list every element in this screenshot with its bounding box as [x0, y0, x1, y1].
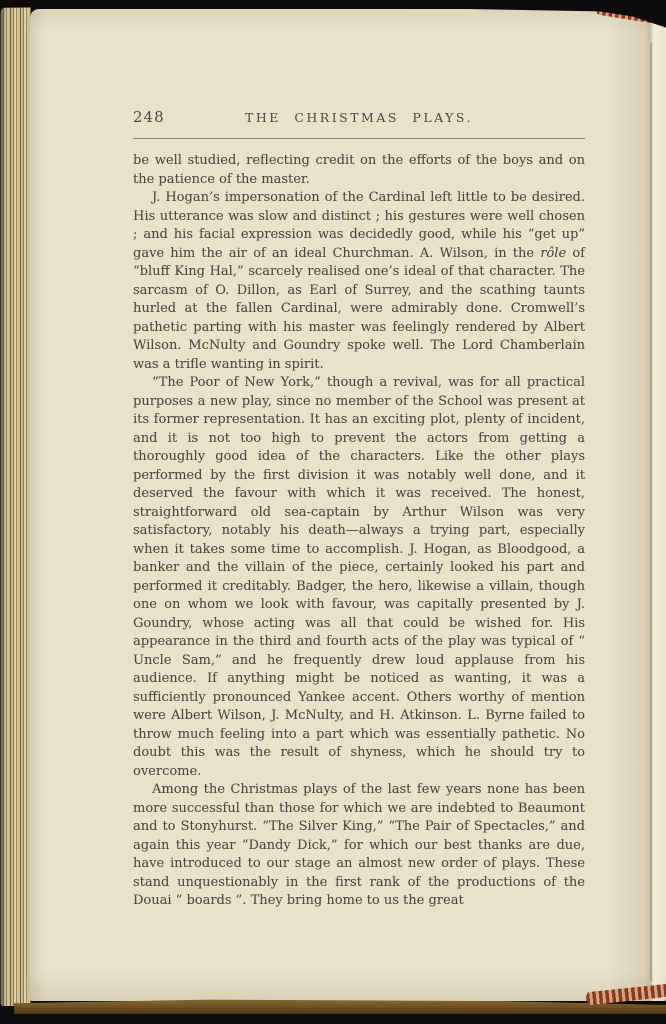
running-title: THE CHRISTMAS PLAYS.	[179, 110, 539, 125]
paragraph-hogan-after: of “bluff King Hal,” scarcely realised o…	[133, 246, 585, 372]
page-header: 248 THE CHRISTMAS PLAYS.	[133, 108, 585, 130]
paragraph-continuation: be well studied, reflecting credit on th…	[133, 152, 585, 189]
page-number: 248	[133, 108, 179, 126]
page-fore-edges	[0, 7, 31, 1006]
paragraph-hogan: J. Hogan’s impersonation of the Cardinal…	[133, 189, 585, 374]
paragraph-hogan-before: J. Hogan’s impersonation of the Cardinal…	[133, 190, 585, 261]
page-content: 248 THE CHRISTMAS PLAYS. be well studied…	[133, 108, 585, 911]
paragraph-among-plays: Among the Christmas plays of the last fe…	[133, 781, 585, 911]
book-page: 248 THE CHRISTMAS PLAYS. be well studied…	[30, 9, 666, 1001]
page-body: be well studied, reflecting credit on th…	[133, 152, 585, 911]
paragraph-hogan-italic-word: rôle	[540, 246, 566, 261]
book-scan: 248 THE CHRISTMAS PLAYS. be well studied…	[0, 0, 666, 1024]
cover-board-bottom-edge	[14, 999, 666, 1014]
gutter-crease	[650, 43, 652, 981]
header-rule	[133, 138, 585, 139]
paragraph-poor-of-new-york: “The Poor of New York,” though a revival…	[133, 374, 585, 781]
